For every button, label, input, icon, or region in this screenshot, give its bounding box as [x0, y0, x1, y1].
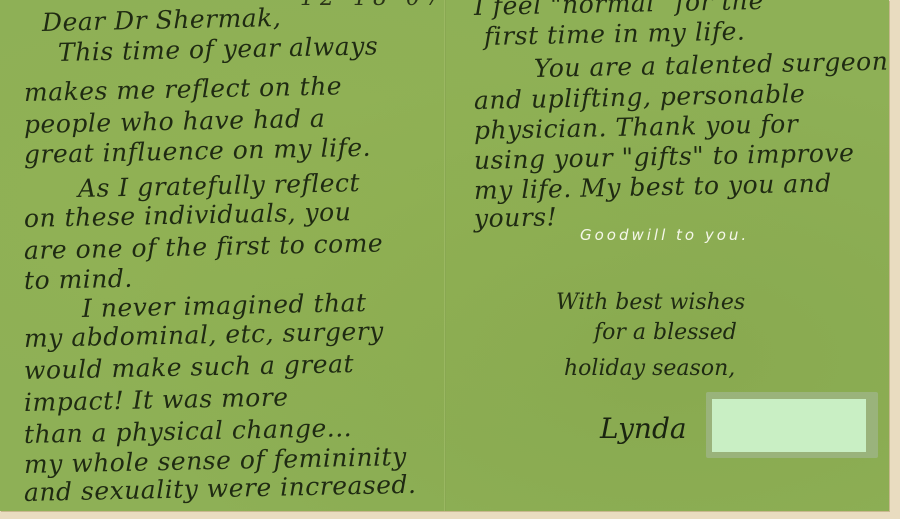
- letter-line: great influence on my life.: [24, 133, 372, 169]
- redaction-label: [712, 399, 866, 452]
- letter-line: to mind.: [24, 264, 133, 295]
- letter-line: This time of year always: [58, 31, 379, 67]
- letter-line: first time in my life.: [484, 17, 746, 51]
- letter-line: on these individuals, you: [24, 197, 352, 233]
- letter-line: yours!: [474, 202, 558, 233]
- letter-line: would make such a great: [24, 349, 355, 385]
- closing-line: for a blessed: [594, 320, 737, 345]
- signature: Lynda: [600, 412, 687, 445]
- letter-line: makes me reflect on the: [24, 71, 343, 107]
- letter-line: impact! It was more: [24, 382, 289, 417]
- letter-line: my abdominal, etc, surgery: [24, 316, 384, 353]
- left-page: Dear Dr Shermak, This time of year alway…: [0, 0, 444, 511]
- greeting-card: 12 18 07 Dear Dr Shermak, This time of y…: [0, 0, 889, 511]
- printed-message: Goodwill to you.: [580, 226, 749, 244]
- salutation: Dear Dr Shermak,: [42, 3, 282, 37]
- closing-line: With best wishes: [556, 290, 745, 315]
- letter-line: are one of the first to come: [24, 228, 384, 265]
- closing-line: holiday season,: [564, 356, 735, 381]
